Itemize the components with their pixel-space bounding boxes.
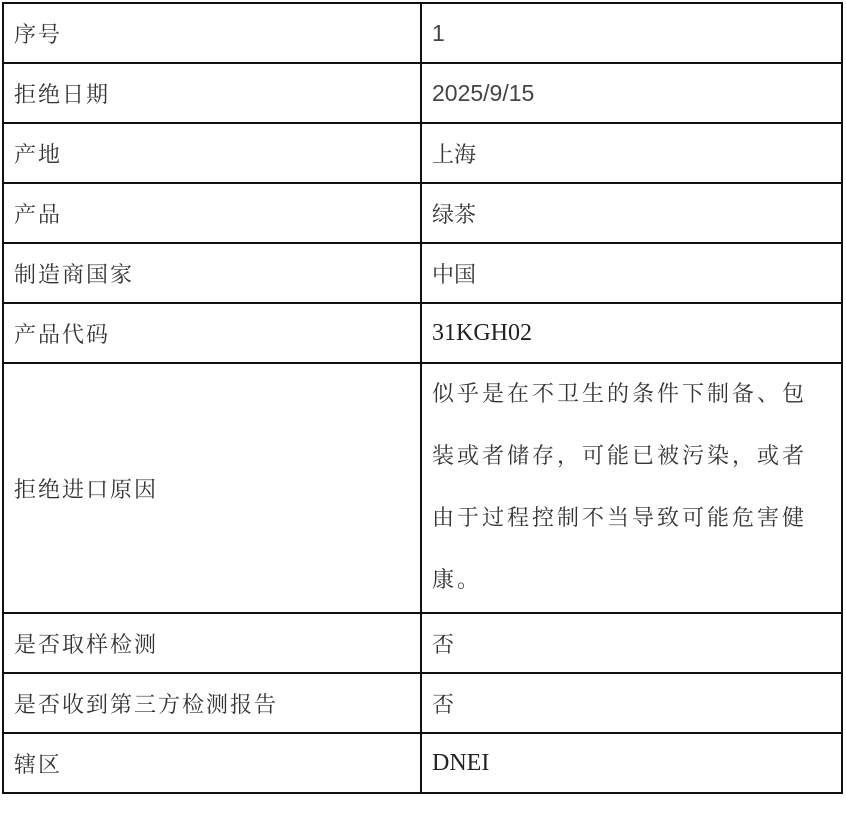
label-manufacturer-country: 制造商国家: [3, 243, 421, 303]
table-row: 拒绝进口原因 似乎是在不卫生的条件下制备、包装或者储存，可能已被污染，或者由于过…: [3, 363, 842, 613]
value-third-party-report: 否: [421, 673, 842, 733]
table-row: 序号 1: [3, 3, 842, 63]
label-serial: 序号: [3, 3, 421, 63]
table-row: 产品 绿茶: [3, 183, 842, 243]
value-refusal-date: 2025/9/15: [421, 63, 842, 123]
table-row: 产地 上海: [3, 123, 842, 183]
value-product: 绿茶: [421, 183, 842, 243]
table-row: 制造商国家 中国: [3, 243, 842, 303]
label-third-party-report: 是否收到第三方检测报告: [3, 673, 421, 733]
record-table: 序号 1 拒绝日期 2025/9/15 产地 上海 产品 绿茶 制造商国家 中国…: [2, 2, 843, 794]
value-origin: 上海: [421, 123, 842, 183]
label-sampled: 是否取样检测: [3, 613, 421, 673]
label-product: 产品: [3, 183, 421, 243]
value-refusal-reason: 似乎是在不卫生的条件下制备、包装或者储存，可能已被污染，或者由于过程控制不当导致…: [421, 363, 842, 613]
table-row: 是否收到第三方检测报告 否: [3, 673, 842, 733]
label-refusal-reason: 拒绝进口原因: [3, 363, 421, 613]
value-district: DNEI: [421, 733, 842, 793]
label-product-code: 产品代码: [3, 303, 421, 363]
value-serial: 1: [421, 3, 842, 63]
table-row: 辖区 DNEI: [3, 733, 842, 793]
value-manufacturer-country: 中国: [421, 243, 842, 303]
label-origin: 产地: [3, 123, 421, 183]
value-product-code: 31KGH02: [421, 303, 842, 363]
label-refusal-date: 拒绝日期: [3, 63, 421, 123]
table-row: 是否取样检测 否: [3, 613, 842, 673]
value-sampled: 否: [421, 613, 842, 673]
table-row: 拒绝日期 2025/9/15: [3, 63, 842, 123]
label-district: 辖区: [3, 733, 421, 793]
table-row: 产品代码 31KGH02: [3, 303, 842, 363]
